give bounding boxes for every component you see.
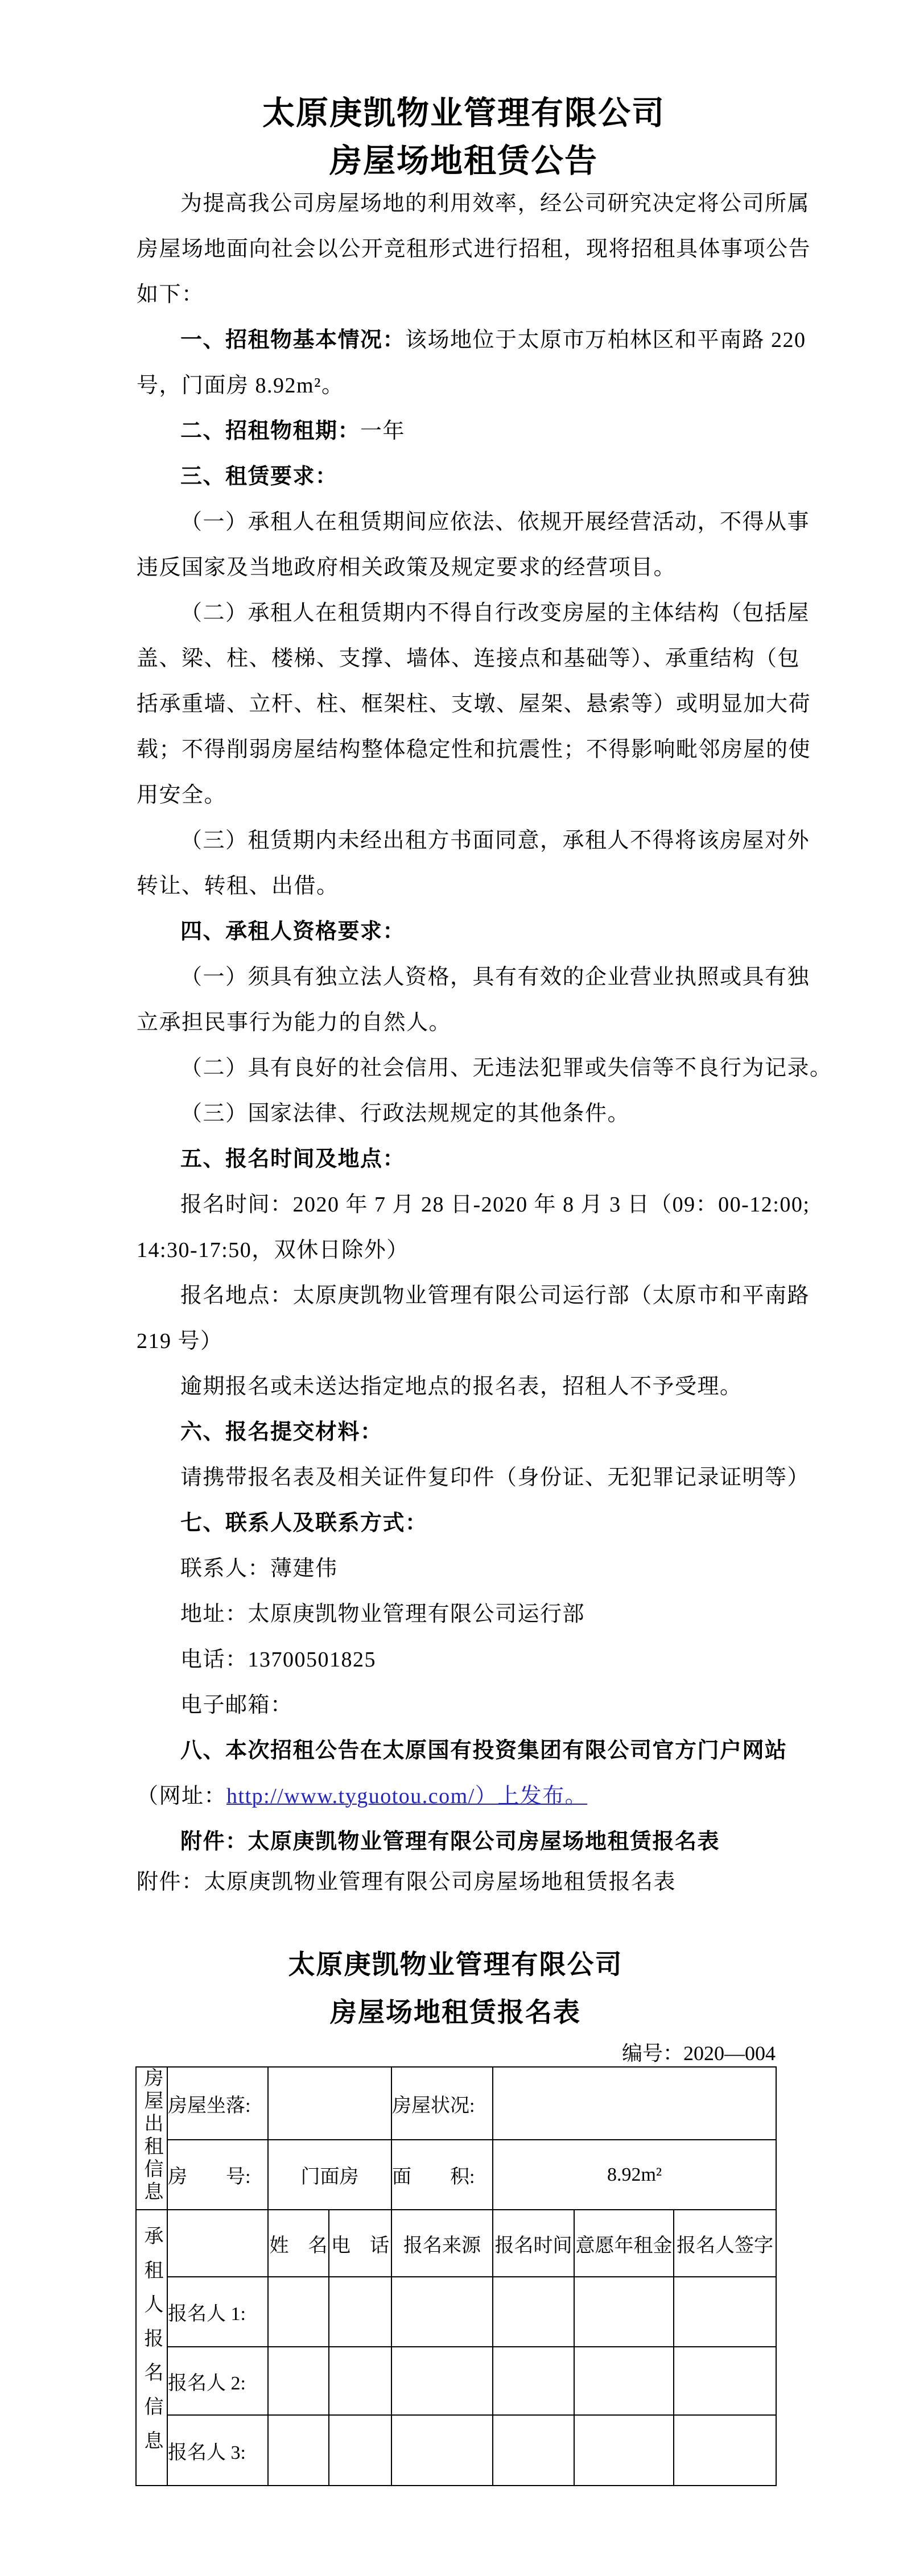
column-header-phone: 电 话 xyxy=(329,2210,391,2277)
applicant-2-rent-cell xyxy=(574,2347,674,2415)
announcement-line: 载；不得削弱房屋结构整体稳定性和抗震性；不得影响毗邻房屋的使 xyxy=(137,727,825,772)
text-segment: 附件：太原庚凯物业管理有限公司房屋场地租赁报名表 xyxy=(137,1870,676,1894)
applicant-3-phone-cell xyxy=(329,2415,391,2486)
announcement-line: 如下： xyxy=(137,272,825,317)
area-label: 面 积: xyxy=(391,2140,493,2210)
announcement-line: 219 号） xyxy=(137,1318,825,1364)
announcement-line: 报名时间：2020 年 7 月 28 日-2020 年 8 月 3 日（09：0… xyxy=(137,1182,825,1227)
text-segment: 违反国家及当地政府相关政策及规定要求的经营项目。 xyxy=(137,556,676,580)
applicant-1-name-cell xyxy=(268,2277,329,2347)
column-header-rent: 意愿年租金 xyxy=(574,2210,674,2277)
registration-form-title: 太原庚凯物业管理有限公司 房屋场地租赁报名表 xyxy=(135,1941,776,2037)
vertical-label-applicant-info: 承租人报名信息 xyxy=(138,2226,166,2465)
applicant-3-time-cell xyxy=(493,2415,574,2486)
applicant-2-signature-cell xyxy=(674,2347,776,2415)
announcement-line: （网址：http://www.tyguotou.com/）上发布。 xyxy=(137,1773,825,1819)
text-segment: （一）须具有独立法人资格，具有有效的企业营业执照或具有独 xyxy=(180,965,810,989)
registration-table: 房屋出租信息 房屋坐落: 房屋状况: 房 号: 门面房 面 积: 8.92m² … xyxy=(135,2066,777,2486)
text-segment: 五、报名时间及地点： xyxy=(180,1147,405,1171)
text-segment: 如下： xyxy=(137,283,204,307)
announcement-line: 为提高我公司房屋场地的利用效率，经公司研究决定将公司所属 xyxy=(137,181,825,226)
text-segment: （二）承租人在租赁期内不得自行改变房屋的主体结构（包括屋 xyxy=(180,601,810,625)
form-serial-number: 编号：2020—004 xyxy=(135,2040,776,2067)
announcement-line: 电子邮箱： xyxy=(137,1682,825,1728)
text-segment: 转让、转租、出借。 xyxy=(137,874,339,898)
applicant-1-phone-cell xyxy=(329,2277,391,2347)
text-segment: 载；不得削弱房屋结构整体稳定性和抗震性；不得影响毗邻房屋的使 xyxy=(137,738,811,762)
text-segment: 电子邮箱： xyxy=(180,1693,293,1717)
text-segment: 六、报名提交材料： xyxy=(180,1420,383,1444)
room-number-label: 房 号: xyxy=(167,2140,268,2210)
applicant-3-source-cell xyxy=(391,2415,493,2486)
announcement-line: 违反国家及当地政府相关政策及规定要求的经营项目。 xyxy=(137,545,825,590)
announcement-line: 联系人：薄建伟 xyxy=(137,1546,825,1591)
text-segment: （一）承租人在租赁期间应依法、依规开展经营活动，不得从事 xyxy=(180,510,810,534)
announcement-line: 五、报名时间及地点： xyxy=(137,1136,825,1182)
announcement-line: 地址：太原庚凯物业管理有限公司运行部 xyxy=(137,1591,825,1637)
text-segment: （三）租赁期内未经出租方书面同意，承租人不得将该房屋对外 xyxy=(180,829,810,853)
applicant-2-time-cell xyxy=(493,2347,574,2415)
house-location-value xyxy=(268,2067,391,2140)
applicant-1-signature-cell xyxy=(674,2277,776,2347)
announcement-title: 太原庚凯物业管理有限公司 房屋场地租赁公告 xyxy=(137,90,791,185)
applicant-2-phone-cell xyxy=(329,2347,391,2415)
text-segment: 号，门面房 8.92m²。 xyxy=(137,374,344,398)
announcement-line: 电话：13700501825 xyxy=(137,1637,825,1682)
text-segment: 二、招租物租期： xyxy=(180,419,360,443)
text-segment: （二）具有良好的社会信用、无违法犯罪或失信等不良行为记录。 xyxy=(180,1056,832,1080)
website-link[interactable]: http://www.tyguotou.com/）上发布。 xyxy=(226,1784,587,1808)
applicant-3-name-cell xyxy=(268,2415,329,2486)
form-title-line1: 太原庚凯物业管理有限公司 xyxy=(135,1941,776,1989)
announcement-line: 附件：太原庚凯物业管理有限公司房屋场地租赁报名表 xyxy=(137,1819,825,1864)
announcement-line: 14:30-17:50，双休日除外） xyxy=(137,1227,825,1273)
announcement-line: 六、报名提交材料： xyxy=(137,1409,825,1455)
applicant-label-column-header xyxy=(167,2210,268,2277)
text-segment: 地址：太原庚凯物业管理有限公司运行部 xyxy=(180,1602,585,1626)
column-header-source: 报名来源 xyxy=(391,2210,493,2277)
applicant-2-label: 报名人 2: xyxy=(167,2347,268,2415)
announcement-line: （三）国家法律、行政法规规定的其他条件。 xyxy=(137,1091,825,1136)
announcement-line: 四、承租人资格要求： xyxy=(137,909,825,954)
column-header-name: 姓 名 xyxy=(268,2210,329,2277)
announcement-line: 附件：太原庚凯物业管理有限公司房屋场地租赁报名表 xyxy=(137,1864,825,1900)
text-segment: 一年 xyxy=(360,419,405,443)
text-segment: 逾期报名或未送达指定地点的报名表，招租人不予受理。 xyxy=(180,1375,743,1399)
announcement-line: 七、联系人及联系方式： xyxy=(137,1500,825,1546)
text-segment: 14:30-17:50，双休日除外） xyxy=(137,1238,409,1262)
announcement-line: 转让、转租、出借。 xyxy=(137,863,825,909)
applicant-3-rent-cell xyxy=(574,2415,674,2486)
applicant-1-source-cell xyxy=(391,2277,493,2347)
announcement-line: 立承担民事行为能力的自然人。 xyxy=(137,1000,825,1045)
section-applicant-info-header: 承租人报名信息 xyxy=(136,2210,167,2486)
column-header-time: 报名时间 xyxy=(493,2210,574,2277)
announcement-line: 盖、梁、柱、楼梯、支撑、墙体、连接点和基础等）、承重结构（包 xyxy=(137,636,825,681)
room-number-value: 门面房 xyxy=(268,2140,391,2210)
announcement-line: 括承重墙、立杆、柱、框架柱、支墩、屋架、悬索等）或明显加大荷 xyxy=(137,681,825,727)
announcement-line: 用安全。 xyxy=(137,772,825,818)
text-segment: 三、租赁要求： xyxy=(180,465,338,489)
announcement-line: （一）须具有独立法人资格，具有有效的企业营业执照或具有独 xyxy=(137,954,825,1000)
announcement-line: （二）具有良好的社会信用、无违法犯罪或失信等不良行为记录。 xyxy=(137,1045,825,1091)
text-segment: 电话：13700501825 xyxy=(180,1648,376,1672)
text-segment: （三）国家法律、行政法规规定的其他条件。 xyxy=(180,1102,630,1126)
text-segment: 请携带报名表及相关证件复印件（身份证、无犯罪记录证明等） xyxy=(180,1466,810,1490)
announcement-line: 三、租赁要求： xyxy=(137,454,825,499)
vertical-label-house-info: 房屋出租信息 xyxy=(138,2068,166,2204)
text-segment: 四、承租人资格要求： xyxy=(180,920,405,944)
announcement-line: 逾期报名或未送达指定地点的报名表，招租人不予受理。 xyxy=(137,1364,825,1409)
announcement-line: 一、招租物基本情况：该场地位于太原市万柏林区和平南路 220 xyxy=(137,317,825,363)
text-segment: 房屋场地面向社会以公开竞租形式进行招租，现将招租具体事项公告 xyxy=(137,237,811,261)
announcement-line: 报名地点：太原庚凯物业管理有限公司运行部（太原市和平南路 xyxy=(137,1273,825,1318)
text-segment: 八、本次招租公告在太原国有投资集团有限公司官方门户网站 xyxy=(180,1739,787,1763)
text-segment: 七、联系人及联系方式： xyxy=(180,1511,428,1535)
announcement-line: 房屋场地面向社会以公开竞租形式进行招租，现将招租具体事项公告 xyxy=(137,226,825,272)
announcement-line: 号，门面房 8.92m²。 xyxy=(137,363,825,408)
announcement-line: （三）租赁期内未经出租方书面同意，承租人不得将该房屋对外 xyxy=(137,818,825,863)
announcement-line: 请携带报名表及相关证件复印件（身份证、无犯罪记录证明等） xyxy=(137,1455,825,1500)
document-page: 太原庚凯物业管理有限公司 房屋场地租赁公告 为提高我公司房屋场地的利用效率，经公… xyxy=(0,0,903,2576)
applicant-1-time-cell xyxy=(493,2277,574,2347)
text-segment: 联系人：薄建伟 xyxy=(180,1557,338,1581)
text-segment: （网址： xyxy=(137,1784,226,1808)
applicant-2-source-cell xyxy=(391,2347,493,2415)
text-segment: 报名地点：太原庚凯物业管理有限公司运行部（太原市和平南路 xyxy=(180,1284,810,1308)
announcement-title-line2: 房屋场地租赁公告 xyxy=(137,138,791,185)
section-house-info-header: 房屋出租信息 xyxy=(136,2067,167,2210)
applicant-2-name-cell xyxy=(268,2347,329,2415)
text-segment: 盖、梁、柱、楼梯、支撑、墙体、连接点和基础等）、承重结构（包 xyxy=(137,647,800,671)
text-segment: 该场地位于太原市万柏林区和平南路 220 xyxy=(405,328,806,352)
announcement-line: （二）承租人在租赁期内不得自行改变房屋的主体结构（包括屋 xyxy=(137,590,825,636)
house-location-label: 房屋坐落: xyxy=(167,2067,268,2140)
text-segment: 报名时间：2020 年 7 月 28 日-2020 年 8 月 3 日（09：0… xyxy=(180,1193,810,1217)
applicant-1-rent-cell xyxy=(574,2277,674,2347)
text-segment: 为提高我公司房屋场地的利用效率，经公司研究决定将公司所属 xyxy=(180,192,810,216)
applicant-3-label: 报名人 3: xyxy=(167,2415,268,2486)
house-condition-value xyxy=(493,2067,776,2140)
form-title-line2: 房屋场地租赁报名表 xyxy=(135,1989,776,2037)
announcement-title-line1: 太原庚凯物业管理有限公司 xyxy=(137,90,791,138)
announcement-line: 二、招租物租期：一年 xyxy=(137,408,825,454)
text-segment: 括承重墙、立杆、柱、框架柱、支墩、屋架、悬索等）或明显加大荷 xyxy=(137,692,811,716)
area-value: 8.92m² xyxy=(493,2140,776,2210)
text-segment: 立承担民事行为能力的自然人。 xyxy=(137,1011,451,1035)
announcement-line: 八、本次招租公告在太原国有投资集团有限公司官方门户网站 xyxy=(137,1728,825,1773)
text-segment: 附件：太原庚凯物业管理有限公司房屋场地租赁报名表 xyxy=(180,1830,720,1854)
applicant-1-label: 报名人 1: xyxy=(167,2277,268,2347)
announcement-body: 为提高我公司房屋场地的利用效率，经公司研究决定将公司所属房屋场地面向社会以公开竞… xyxy=(137,181,825,1900)
announcement-line: （一）承租人在租赁期间应依法、依规开展经营活动，不得从事 xyxy=(137,499,825,545)
text-segment: 219 号） xyxy=(137,1329,223,1353)
applicant-3-signature-cell xyxy=(674,2415,776,2486)
text-segment: 一、招租物基本情况： xyxy=(180,328,405,352)
house-condition-label: 房屋状况: xyxy=(391,2067,493,2140)
text-segment: 用安全。 xyxy=(137,783,226,807)
column-header-signature: 报名人签字 xyxy=(674,2210,776,2277)
